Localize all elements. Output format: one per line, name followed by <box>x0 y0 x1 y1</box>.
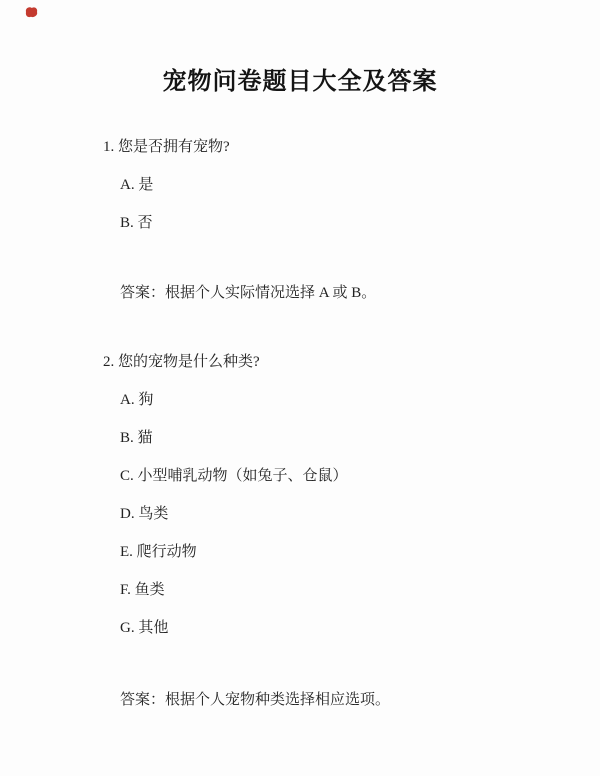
question-block-2: 2. 您的宠物是什么种类? A. 狗 B. 猫 C. 小型哺乳动物（如兔子、仓鼠… <box>0 352 600 710</box>
question-1-option-b: B. 否 <box>120 213 600 233</box>
question-2-option-d: D. 鸟类 <box>120 504 600 524</box>
question-2-option-f: F. 鱼类 <box>120 580 600 600</box>
question-2-option-a: A. 狗 <box>120 390 600 410</box>
question-2-option-c: C. 小型哺乳动物（如兔子、仓鼠） <box>120 466 600 486</box>
question-1-text: 1. 您是否拥有宠物? <box>103 137 600 157</box>
question-2-option-g: G. 其他 <box>120 618 600 638</box>
document-page: 宠物问卷题目大全及答案 1. 您是否拥有宠物? A. 是 B. 否 答案：根据个… <box>0 0 600 776</box>
document-title: 宠物问卷题目大全及答案 <box>0 70 600 95</box>
question-2-text: 2. 您的宠物是什么种类? <box>103 352 600 372</box>
question-2-option-e: E. 爬行动物 <box>120 542 600 562</box>
question-block-1: 1. 您是否拥有宠物? A. 是 B. 否 答案：根据个人实际情况选择 A 或 … <box>0 137 600 303</box>
question-2-answer: 答案：根据个人宠物种类选择相应选项。 <box>120 690 600 710</box>
question-1-answer: 答案：根据个人实际情况选择 A 或 B。 <box>120 283 600 303</box>
red-stamp-shape <box>26 7 37 17</box>
question-1-option-a: A. 是 <box>120 175 600 195</box>
question-2-option-b: B. 猫 <box>120 428 600 448</box>
red-stamp-icon <box>24 5 39 17</box>
